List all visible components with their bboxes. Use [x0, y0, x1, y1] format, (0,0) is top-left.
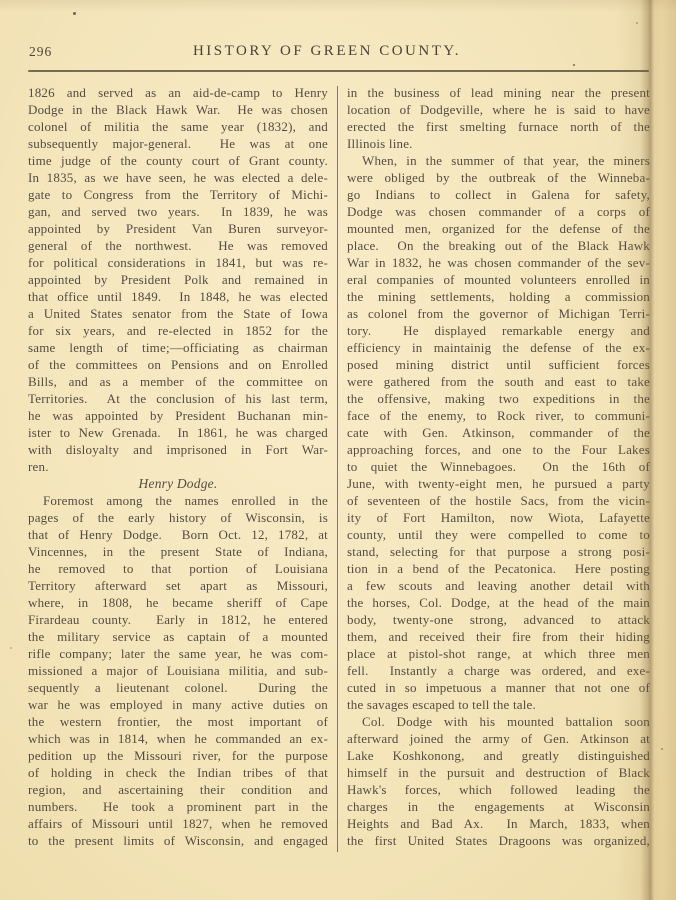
text-line: for six years, and re-elected in 1852 fo… [28, 322, 328, 339]
text-line: sequently a lieutenant colonel. During t… [28, 679, 328, 696]
text-line: body, twenty-one strong, advanced to att… [347, 611, 650, 628]
text-line: Vincennes, in the present State of India… [28, 543, 328, 560]
text-line: as colonel from the governor of Michigan… [347, 305, 650, 322]
text-line: eral companies of mounted volunteers enr… [347, 271, 650, 288]
text-line: were gathered from the south and east to… [347, 373, 650, 390]
text-line: ister to New Grenada. In 1861, he was ch… [28, 424, 328, 441]
text-line: mounted men, organized for the defense o… [347, 220, 650, 237]
text-line: a few scouts and leaving another detail … [347, 577, 650, 594]
ink-speck [73, 12, 76, 15]
text-line: the first United States Dragoons was org… [347, 832, 650, 849]
text-line: he was appointed by President Buchanan m… [28, 407, 328, 424]
text-line: War in 1832, he was chosen commander of … [347, 254, 650, 271]
text-line: Lake Koshkonong, and greatly distinguish… [347, 747, 650, 764]
text-line: gan, and served two years. In 1839, he w… [28, 203, 328, 220]
text-line: Territory afterward set apart as Missour… [28, 577, 328, 594]
text-line: of seventeen of the hostile Sacs, from t… [347, 492, 650, 509]
text-line: war he was employed in many active dutie… [28, 696, 328, 713]
text-line: himself in the pursuit and destruction o… [347, 764, 650, 781]
text-line: tory. He displayed remarkable energy and [347, 322, 650, 339]
text-line: Foremost among the names enrolled in the [28, 492, 328, 509]
text-line: pages of the early history of Wisconsin,… [28, 509, 328, 526]
text-line: Dodge was chosen commander of a corps of [347, 203, 650, 220]
text-line: that office until 1849. In 1848, he was … [28, 288, 328, 305]
text-line: posed mining district until sufficient f… [347, 356, 650, 373]
text-line: were obliged by the outbreak of the Winn… [347, 169, 650, 186]
text-line: Illinois line. [347, 135, 650, 152]
text-line: Firardeau county. Early in 1812, he ente… [28, 611, 328, 628]
ink-speck [661, 748, 663, 750]
text-line: in the business of lead mining near the … [347, 84, 650, 101]
text-line: time judge of the county court of Grant … [28, 152, 328, 169]
text-line: When, in the summer of that year, the mi… [347, 152, 650, 169]
text-line: numbers. He took a prominent part in the [28, 798, 328, 815]
text-line: of holding in check the Indian tribes of… [28, 764, 328, 781]
text-line: appointed by President Van Buren surveyo… [28, 220, 328, 237]
text-line: rifle company; later the same year, he w… [28, 645, 328, 662]
text-line: Bills, and as a member of the committee … [28, 373, 328, 390]
text-line: the mining settlements, holding a commis… [347, 288, 650, 305]
text-line: efficiency in maintainig the defense of … [347, 339, 650, 356]
ink-speck [10, 647, 12, 649]
text-line: location of Dodgeville, where he is said… [347, 101, 650, 118]
text-line: place. On the breaking out of the Black … [347, 237, 650, 254]
text-line: missioned a major of Louisiana militia, … [28, 662, 328, 679]
text-line: cate with Gen. Atkinson, commander of th… [347, 424, 650, 441]
text-line: the offensive, making two expeditions in… [347, 390, 650, 407]
text-line: general of the northwest. He was removed [28, 237, 328, 254]
text-line: to quiet the Winnebagoes. On the 16th of [347, 458, 650, 475]
header-rule [28, 70, 649, 72]
text-line: them, and received their fire from their… [347, 628, 650, 645]
text-line: face of the enemy, to Rock river, to com… [347, 407, 650, 424]
text-line: affairs of Missouri until 1827, when he … [28, 815, 328, 832]
text-line: go Indians to collect in Galena for safe… [347, 186, 650, 203]
text-line: ren. [28, 458, 328, 475]
text-line: place at pistol-shot range, at which thr… [347, 645, 650, 662]
text-line: gate to Congress from the Territory of M… [28, 186, 328, 203]
page-top-shadow [0, 0, 676, 12]
ink-speck [636, 22, 638, 24]
text-line: pedition up the Missouri river, for the … [28, 747, 328, 764]
running-header-title: HISTORY OF GREEN COUNTY. [0, 43, 654, 60]
column-divider [337, 86, 338, 852]
text-line: In 1835, as we have seen, he was elected… [28, 169, 328, 186]
text-line: same length of time;—officiating as chai… [28, 339, 328, 356]
text-line: Hawk's forces, which followed leading th… [347, 781, 650, 798]
text-line: the western frontier, the most important… [28, 713, 328, 730]
text-line: the savages escaped to tell the tale. [347, 696, 650, 713]
right-column: in the business of lead mining near the … [347, 84, 650, 852]
text-line: subsequently major-general. He was at on… [28, 135, 328, 152]
text-line: Henry Dodge. [28, 475, 328, 492]
text-line: the military service as captain of a mou… [28, 628, 328, 645]
text-line: Heights and Bad Ax. In March, 1833, when [347, 815, 650, 832]
text-line: June, with twenty-eight men, he pursued … [347, 475, 650, 492]
text-line: which was in 1814, when he commanded an … [28, 730, 328, 747]
text-line: cuted in so impetuous a manner that not … [347, 679, 650, 696]
text-line: Territories. At the conclusion of his la… [28, 390, 328, 407]
text-line: stand, selecting for that purpose a stro… [347, 543, 650, 560]
text-line: county, until they were compelled to com… [347, 526, 650, 543]
text-line: a United States senator from the State o… [28, 305, 328, 322]
text-line: tion in a bend of the Pecatonica. Here p… [347, 560, 650, 577]
text-line: Dodge in the Black Hawk War. He was chos… [28, 101, 328, 118]
book-page-scan: 296 HISTORY OF GREEN COUNTY. 1826 and se… [0, 0, 676, 900]
text-line: appointed by President Polk and remained… [28, 271, 328, 288]
text-line: with disloyalty and imprisoned in Fort W… [28, 441, 328, 458]
text-line: region, and ascertaining their condition… [28, 781, 328, 798]
text-line: 1826 and served as an aid-de-camp to Hen… [28, 84, 328, 101]
text-line: approaching forces, and one to the Four … [347, 441, 650, 458]
text-line: where, in 1808, he became sheriff of Cap… [28, 594, 328, 611]
text-line: afterward joined the army of Gen. Atkins… [347, 730, 650, 747]
text-line: charges in the engagements at Wisconsin [347, 798, 650, 815]
ink-speck [573, 64, 575, 66]
text-line: fell. Instantly a charge was ordered, an… [347, 662, 650, 679]
text-line: of the committees on Pensions and on Enr… [28, 356, 328, 373]
text-line: he removed to that portion of Louisiana [28, 560, 328, 577]
text-line: erected the first smelting furnace north… [347, 118, 650, 135]
text-line: to the present limits of Wisconsin, and … [28, 832, 328, 849]
text-line: for political considerations in 1841, bu… [28, 254, 328, 271]
text-line: that of Henry Dodge. Born Oct. 12, 1782,… [28, 526, 328, 543]
left-column: 1826 and served as an aid-de-camp to Hen… [28, 84, 328, 852]
text-line: colonel of militia the same year (1832),… [28, 118, 328, 135]
text-line: ity of Fort Hamilton, now Wiota, Lafayet… [347, 509, 650, 526]
text-columns: 1826 and served as an aid-de-camp to Hen… [28, 84, 651, 852]
text-line: Col. Dodge with his mounted battalion so… [347, 713, 650, 730]
text-line: the horses, Col. Dodge, at the head of t… [347, 594, 650, 611]
